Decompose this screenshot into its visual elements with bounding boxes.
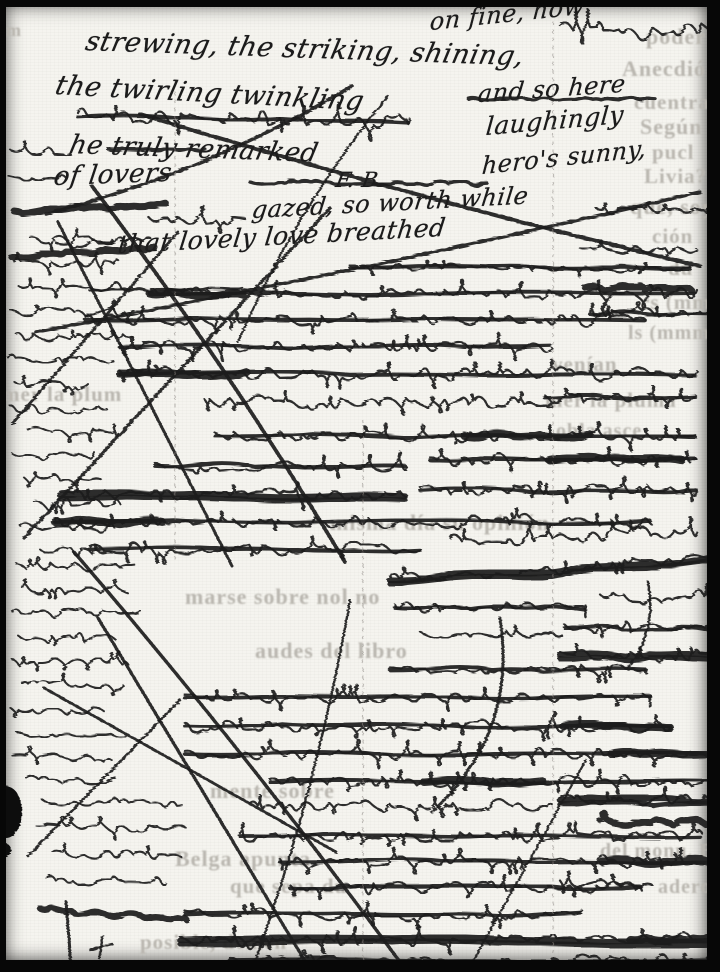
scribble-handwriting-line [205,391,552,415]
scribble-handwriting-line [395,602,586,617]
scribble-handwriting-line [560,10,707,44]
diagonal-cancellation-stroke [140,114,700,266]
margin-scribble-note [12,608,140,617]
scribble-handwriting-line [250,795,552,820]
margin-scribble-note [22,674,124,696]
heavy-cancellation-blot [549,457,682,460]
heavy-cancellation-blot [603,859,708,864]
ink-blot [6,843,11,857]
diagonal-cancellation-stroke [28,700,180,856]
margin-scribble-note [8,355,114,364]
margin-scribble-note [52,844,182,859]
heavy-cancellation-blot [611,752,705,755]
margin-scribble-note [16,557,135,571]
scribble-handwriting-line [148,206,245,233]
diagonal-cancellation-stroke [36,192,700,332]
scribble-handwriting-line [420,626,562,638]
margin-scribble-note [42,798,182,807]
margin-scribble-note [18,278,132,297]
margin-scribble-note [36,816,185,839]
strikethrough-stroke [60,497,405,501]
strikethrough-stroke [560,802,707,806]
scribble-handwriting-line [420,477,697,503]
scribble-handwriting-line [108,149,205,151]
scribble-handwriting-line [585,286,692,291]
scanned-manuscript-page: mpoderAnecdió acuentranSegúnpuclLivia?qu… [0,0,720,972]
paper: mpoderAnecdió acuentranSegúnpuclLivia?qu… [6,7,707,960]
heavy-cancellation-blot [563,724,670,728]
diagonal-cancellation-stroke [238,96,388,342]
margin-scribble-note [18,633,116,645]
ink-strokes-layer [6,7,707,960]
scribble-handwriting-line [600,813,707,826]
margin-scribble-note [28,425,118,443]
margin-scribble-note [12,746,112,763]
scribble-handwriting-line [468,98,655,101]
margin-scribble-note [12,452,94,460]
scribble-handwriting-line [14,203,165,213]
strikethrough-stroke [395,606,585,610]
margin-scribble-note [12,651,128,670]
diagonal-cancellation-stroke [98,618,308,960]
ink-stroke-group [6,10,707,960]
margin-scribble-note [10,141,71,156]
scribble-handwriting-line [590,302,707,319]
scribble-handwriting-line [40,908,187,921]
strikethrough-stroke [350,266,690,269]
margin-scribble-note [16,732,126,738]
margin-scribble-note [46,875,166,885]
heavy-cancellation-blot [631,938,708,941]
scribble-handwriting-line [600,584,707,604]
heavy-cancellation-blot [424,780,543,783]
ink-blot [6,786,22,838]
strikethrough-stroke [85,318,645,321]
margin-scribble-note [8,175,66,180]
strikethrough-stroke [185,696,650,699]
scribble-handwriting-line [12,247,154,258]
heavy-cancellation-blot [465,433,590,438]
diagonal-cancellation-stroke [58,222,232,566]
strikethrough-stroke [565,625,707,630]
